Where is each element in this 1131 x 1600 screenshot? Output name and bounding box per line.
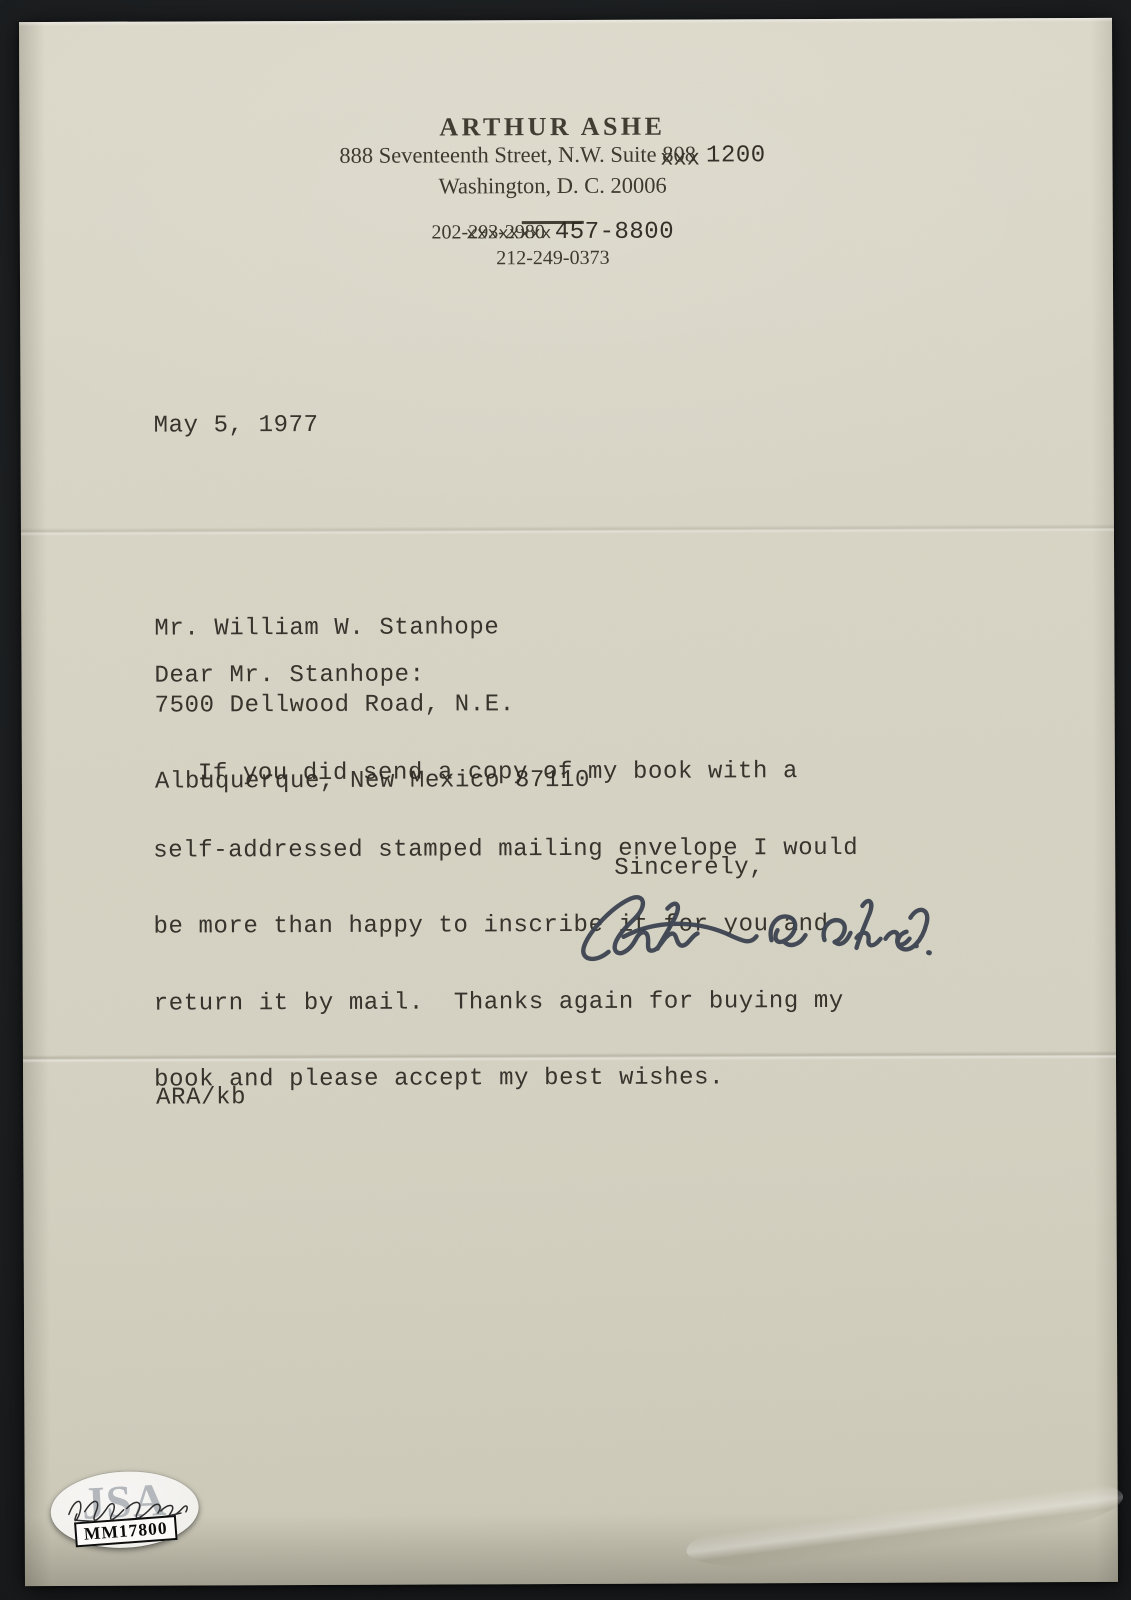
salutation: Dear Mr. Stanhope:: [154, 663, 424, 690]
letterhead-suite-new: 1200: [706, 142, 766, 169]
photo-of-letter: { "letterhead": { "name": "ARTHUR ASHE",…: [0, 0, 1131, 1600]
body-line-5: book and please accept my best wishes.: [154, 1065, 859, 1093]
typist-initials: ARA/kb: [156, 1085, 246, 1111]
paper-wrinkle: [682, 1461, 1127, 1586]
phone-old-struck: 293-2980xxxxxxxx: [468, 221, 545, 244]
letterhead: ARTHUR ASHE 888 Seventeenth Street, N.W.…: [19, 18, 1085, 22]
jsa-authentication-sticker: JSA MM17800: [49, 1468, 200, 1551]
letterhead-phone-line: 202-293-2980xxxxxxxx457-8800: [20, 217, 1086, 248]
letter-date: May 5, 1977: [154, 413, 319, 439]
arthur-ashe-signature: [570, 887, 932, 976]
letterhead-street: 888 Seventeenth Street, N.W. Suite: [339, 142, 656, 168]
phone-area-code: 202-: [431, 221, 468, 243]
letterhead-suite-old-struck: 808xxx: [662, 142, 696, 168]
letterhead-city-line: Washington, D. C. 20006: [20, 171, 1086, 201]
letterhead-phone-new: 457-8800: [555, 219, 674, 246]
phone-strikeout-x: xxxxxxxx: [466, 225, 546, 244]
letterhead-phone-secondary: 212-249-0373: [20, 245, 1086, 272]
fold-crease-upper: [21, 524, 1114, 536]
recipient-name: Mr. William W. Stanhope: [154, 615, 589, 642]
suite-strikeout-x: xxx: [660, 147, 695, 172]
letterhead-name: ARTHUR ASHE: [19, 110, 1085, 144]
letter-paper: ARTHUR ASHE 888 Seventeenth Street, N.W.…: [19, 18, 1118, 1586]
body-line-4: return it by mail. Thanks again for buyi…: [154, 988, 859, 1016]
letterhead-address-line: 888 Seventeenth Street, N.W. Suite 808xx…: [19, 140, 1085, 172]
body-line-1: If you did send a copy of my book with a: [153, 759, 858, 787]
closing-sincerely: Sincerely,: [614, 855, 764, 881]
